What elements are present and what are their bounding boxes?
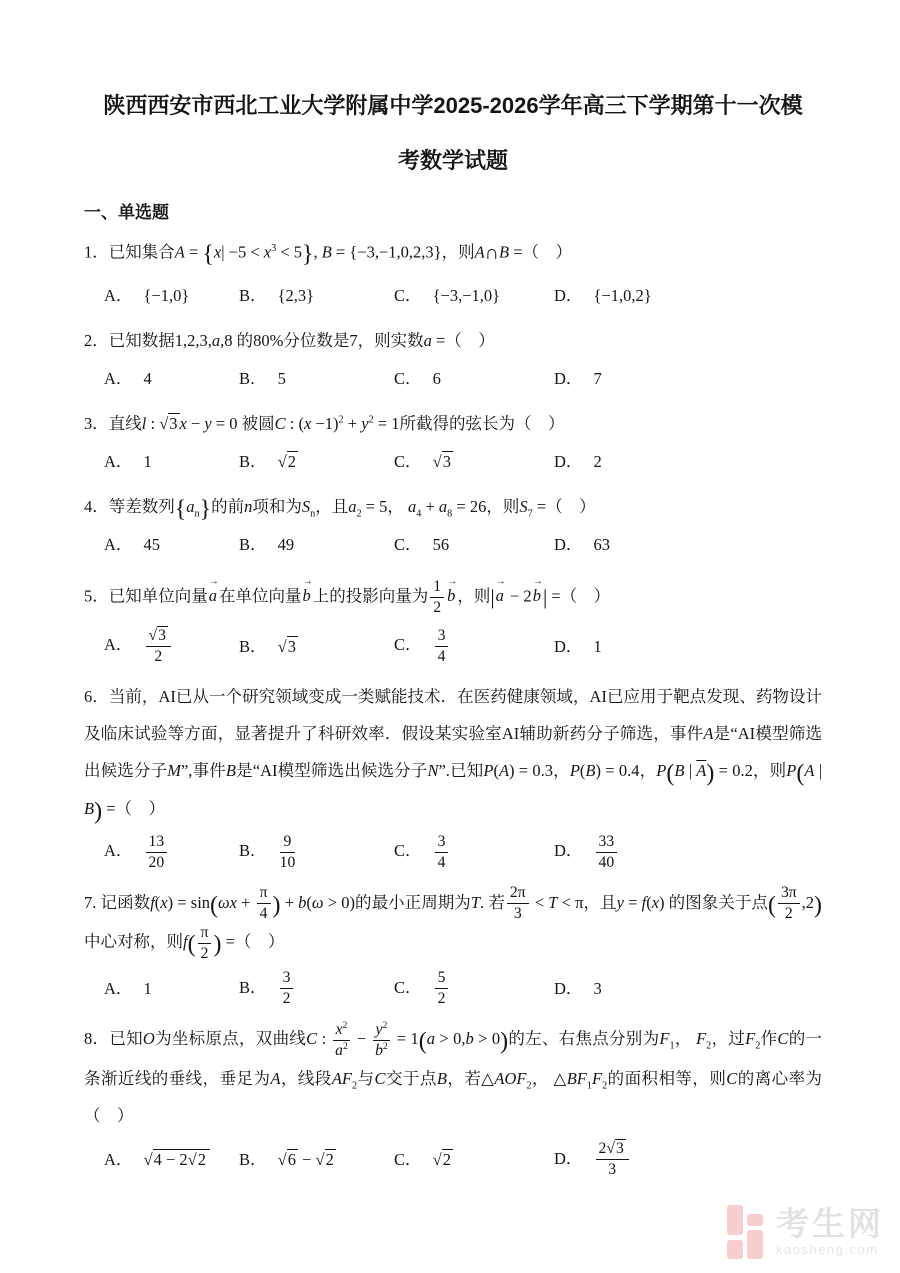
option-label: D． — [554, 979, 582, 998]
option-label: B． — [239, 369, 267, 388]
option: C． 3 — [394, 448, 554, 476]
option-value: 1320 — [144, 841, 170, 860]
question-options: A． {−1,0} B． {2,3} C． {−3,−1,0} D． {−1,0… — [104, 282, 822, 310]
option-value: 1 — [144, 979, 152, 998]
option-value: 63 — [594, 535, 611, 554]
page-title-line1: 陕西西安市西北工业大学附属中学2025-2026学年高三下学期第十一次模 — [84, 78, 822, 133]
option-label: A． — [104, 635, 132, 654]
option: C． 56 — [394, 531, 554, 559]
option: B． 910 — [239, 833, 394, 872]
option-label: B． — [239, 841, 267, 860]
option-value: 233 — [594, 1149, 631, 1168]
option: C． 52 — [394, 969, 554, 1008]
option-label: C． — [394, 286, 422, 305]
question-options: A． 1320 B． 910 C． 34 D． 3340 — [104, 833, 822, 872]
option-value: 52 — [433, 978, 451, 997]
question-stem: 4．等差数列{an}的前n项和为Sn，且a2 = 5， a4 + a8 = 26… — [84, 488, 822, 525]
option-value: 49 — [278, 535, 295, 554]
option-label: B． — [239, 452, 267, 471]
option-label: D． — [554, 286, 582, 305]
option: B． 6 − 2 — [239, 1146, 394, 1174]
option: B． {2,3} — [239, 282, 394, 310]
option-value: 4 — [144, 369, 152, 388]
option: C． {−3,−1,0} — [394, 282, 554, 310]
option: D． 7 — [554, 365, 822, 393]
logo-block — [747, 1214, 763, 1226]
logo-block — [727, 1240, 743, 1259]
option-label: D． — [554, 637, 582, 656]
option: A． 45 — [104, 531, 239, 559]
option-label: D． — [554, 841, 582, 860]
watermark-site-domain: kaosheng.com — [776, 1242, 884, 1257]
option-label: C． — [394, 535, 422, 554]
option-value: 32 — [144, 635, 173, 654]
option-value: 34 — [433, 635, 451, 654]
option-label: C． — [394, 452, 422, 471]
option: B． 3 — [239, 633, 394, 661]
option-value: 6 − 2 — [278, 1150, 336, 1169]
option: A． 1 — [104, 448, 239, 476]
option: B． 2 — [239, 448, 394, 476]
question-options: A． 1 B． 32 C． 52 D． 3 — [104, 969, 822, 1008]
option-label: A． — [104, 979, 132, 998]
option-value: 3340 — [594, 841, 620, 860]
option: A． 4 — [104, 365, 239, 393]
section-heading: 一、单选题 — [84, 198, 822, 223]
question: 1．已知集合A = {x| −5 < x3 < 5}, B = {−3,−1,0… — [84, 231, 822, 310]
option: A． {−1,0} — [104, 282, 239, 310]
option: A． 32 — [104, 627, 239, 666]
option-value: 3 — [278, 637, 298, 656]
option-label: A． — [104, 841, 132, 860]
option: D． 3 — [554, 975, 822, 1003]
question-stem: 6．当前，AI已从一个研究领域变成一类赋能技术．在医药健康领域，AI已应用于靶点… — [84, 678, 822, 827]
option-label: D． — [554, 1149, 582, 1168]
watermark-site-name: 考生网 — [776, 1207, 884, 1240]
option-label: D． — [554, 452, 582, 471]
option-label: B． — [239, 978, 267, 997]
option: C． 34 — [394, 627, 554, 666]
option-label: A． — [104, 535, 132, 554]
option-value: 2 — [278, 452, 298, 471]
question: 2．已知数据1,2,3,a,8 的80%分位数是7，则实数a =（ ） A． 4… — [84, 322, 822, 393]
option-value: 56 — [433, 535, 450, 554]
option: A． 4 − 22 — [104, 1146, 239, 1174]
question-stem: 8．已知O为坐标原点，双曲线C : x2a2 − y2b2 = 1(a > 0,… — [84, 1020, 822, 1134]
page-title: 陕西西安市西北工业大学附属中学2025-2026学年高三下学期第十一次模 考数学… — [84, 78, 822, 188]
option-label: B． — [239, 535, 267, 554]
option: D． 63 — [554, 531, 822, 559]
question-options: A． 4 − 22 B． 6 − 2 C． 2 D． 233 — [104, 1140, 822, 1179]
option-value: 4 − 22 — [144, 1150, 210, 1169]
logo-block — [727, 1205, 743, 1235]
option: C． 2 — [394, 1146, 554, 1174]
question-stem: 3．直线l : 3x − y = 0 被圆C : (x −1)2 + y2 = … — [84, 405, 822, 442]
option: D． 2 — [554, 448, 822, 476]
question-options: A． 32 B． 3 C． 34 D． 1 — [104, 627, 822, 666]
question: 7. 记函数f(x) = sin(ωx + π4) + b(ω > 0)的最小正… — [84, 884, 822, 1009]
watermark: 考生网 kaosheng.com — [727, 1205, 884, 1259]
option-label: C． — [394, 635, 422, 654]
option: B． 49 — [239, 531, 394, 559]
question-options: A． 1 B． 2 C． 3 D． 2 — [104, 448, 822, 476]
option: D． 1 — [554, 633, 822, 661]
option-value: {−1,0,2} — [594, 286, 652, 305]
option-label: C． — [394, 369, 422, 388]
option-label: C． — [394, 841, 422, 860]
option: B． 32 — [239, 969, 394, 1008]
kaosheng-logo-icon — [727, 1205, 767, 1259]
question: 5．已知单位向量a在单位向量b上的投影向量为12b，则|a − 2b| =（ ）… — [84, 571, 822, 666]
question-stem: 1．已知集合A = {x| −5 < x3 < 5}, B = {−3,−1,0… — [84, 231, 822, 276]
option-value: 6 — [433, 369, 441, 388]
option-value: 7 — [594, 369, 602, 388]
option: C． 34 — [394, 833, 554, 872]
option: A． 1320 — [104, 833, 239, 872]
option-label: B． — [239, 637, 267, 656]
question-options: A． 4 B． 5 C． 6 D． 7 — [104, 365, 822, 393]
option-value: 2 — [433, 1150, 453, 1169]
option: D． {−1,0,2} — [554, 282, 822, 310]
question-stem: 2．已知数据1,2,3,a,8 的80%分位数是7，则实数a =（ ） — [84, 322, 822, 359]
option-value: 32 — [278, 978, 296, 997]
option-value: 910 — [278, 841, 298, 860]
option: D． 3340 — [554, 833, 822, 872]
option: D． 233 — [554, 1140, 822, 1179]
option-value: 3 — [433, 452, 453, 471]
option-label: D． — [554, 535, 582, 554]
option: B． 5 — [239, 365, 394, 393]
option-value: 45 — [144, 535, 161, 554]
option-label: B． — [239, 286, 267, 305]
option-value: 5 — [278, 369, 286, 388]
option: C． 6 — [394, 365, 554, 393]
option-label: D． — [554, 369, 582, 388]
option-value: 1 — [594, 637, 602, 656]
option-label: A． — [104, 369, 132, 388]
option-label: A． — [104, 452, 132, 471]
exam-page: 陕西西安市西北工业大学附属中学2025-2026学年高三下学期第十一次模 考数学… — [0, 0, 900, 1179]
option-label: C． — [394, 1150, 422, 1169]
question: 3．直线l : 3x − y = 0 被圆C : (x −1)2 + y2 = … — [84, 405, 822, 476]
option-label: A． — [104, 1150, 132, 1169]
watermark-text: 考生网 kaosheng.com — [776, 1207, 884, 1257]
logo-block — [747, 1230, 763, 1259]
question: 8．已知O为坐标原点，双曲线C : x2a2 − y2b2 = 1(a > 0,… — [84, 1020, 822, 1179]
option-value: {2,3} — [278, 286, 314, 305]
option-value: 3 — [594, 979, 602, 998]
question-options: A． 45 B． 49 C． 56 D． 63 — [104, 531, 822, 559]
option-label: B． — [239, 1150, 267, 1169]
option-value: {−1,0} — [144, 286, 190, 305]
option: A． 1 — [104, 975, 239, 1003]
question-stem: 7. 记函数f(x) = sin(ωx + π4) + b(ω > 0)的最小正… — [84, 884, 822, 963]
question: 4．等差数列{an}的前n项和为Sn，且a2 = 5， a4 + a8 = 26… — [84, 488, 822, 559]
option-value: {−3,−1,0} — [433, 286, 500, 305]
page-title-line2: 考数学试题 — [84, 133, 822, 188]
question-stem: 5．已知单位向量a在单位向量b上的投影向量为12b，则|a − 2b| =（ ） — [84, 571, 822, 621]
question: 6．当前，AI已从一个研究领域变成一类赋能技术．在医药健康领域，AI已应用于靶点… — [84, 678, 822, 872]
question-list: 1．已知集合A = {x| −5 < x3 < 5}, B = {−3,−1,0… — [84, 231, 822, 1179]
option-value: 2 — [594, 452, 602, 471]
option-value: 1 — [144, 452, 152, 471]
option-value: 34 — [433, 841, 451, 860]
option-label: C． — [394, 978, 422, 997]
option-label: A． — [104, 286, 132, 305]
